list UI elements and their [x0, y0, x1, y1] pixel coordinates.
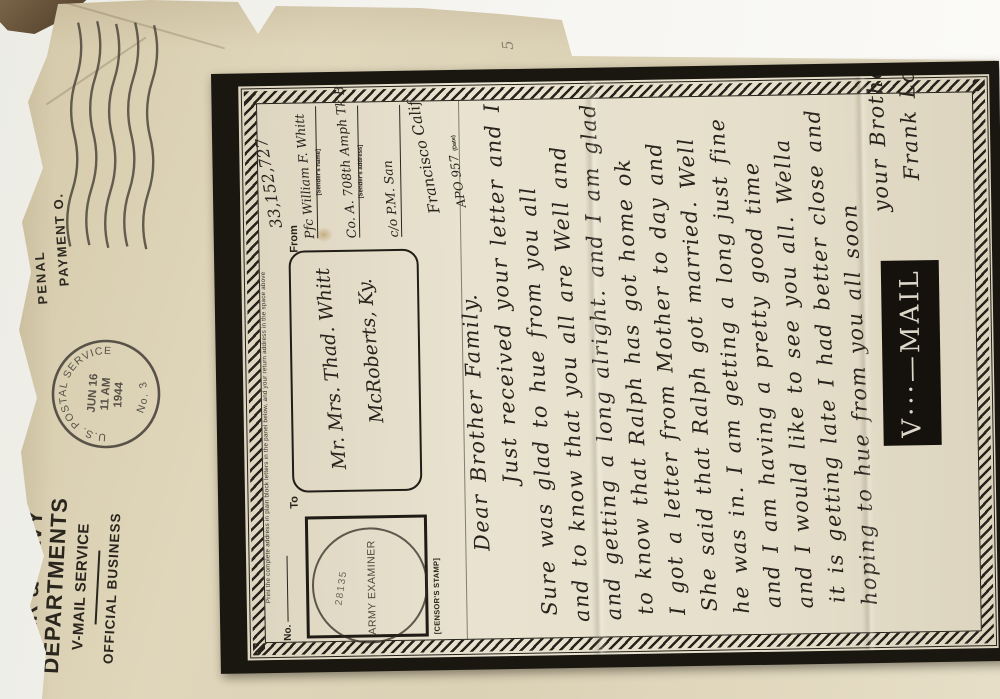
sender-name-row: Pfc William F. Whitt [Sender's name] [298, 106, 318, 238]
number-field: No. [281, 556, 293, 641]
pencil-notation: 5 [497, 19, 518, 50]
sender-address: c/o P.M. San [379, 160, 401, 238]
number-blank-line [286, 556, 288, 622]
cancellation-wavy-lines [62, 18, 170, 264]
postmark-time: 11 AM [99, 377, 113, 411]
sender-unit-row: Co. A. 708th Amph Tk Bn [Sender's addres… [340, 106, 360, 238]
official-business-line: OFFICIAL BUSINESS [98, 473, 125, 699]
vmail-letter-paper: Print the complete address in plain bloc… [238, 74, 998, 660]
vmail-photograph: Print the complete address in plain bloc… [211, 61, 1000, 674]
sender-address-row: c/o P.M. San [382, 105, 402, 237]
postmark-year: 1944 [112, 381, 126, 408]
message-signature: Frank Love [890, 78, 927, 182]
sender-name: Pfc William F. Whitt [291, 113, 317, 239]
postmark-arc-bottom: No. 3 [134, 378, 152, 415]
war-navy-service-block: WAR & NAVY DEPARTMENTS V-MAIL SERVICE OF… [14, 469, 181, 699]
to-label: To [288, 494, 300, 511]
number-label: No. [282, 625, 293, 641]
vmail-form: Print the complete address in plain bloc… [238, 74, 998, 660]
vmail-logo: V···—MAIL [880, 260, 941, 446]
postmark-stamp: U.S. POSTAL SERVICE No. 3 JUN 16 11 AM 1… [44, 332, 168, 456]
from-label: From [288, 225, 300, 253]
sender-unit-caption: [Sender's address] [357, 105, 365, 237]
sender-city: Francisco Calif [404, 99, 443, 215]
divider-rule [95, 551, 101, 625]
army-examiner-text: ARMY EXAMINER [365, 527, 379, 647]
sender-name-caption: [Sender's name] [315, 106, 323, 238]
svg-text:No. 3: No. 3 [134, 378, 152, 415]
censor-stamp-caption: [CENSOR'S STAMP] [431, 558, 441, 635]
